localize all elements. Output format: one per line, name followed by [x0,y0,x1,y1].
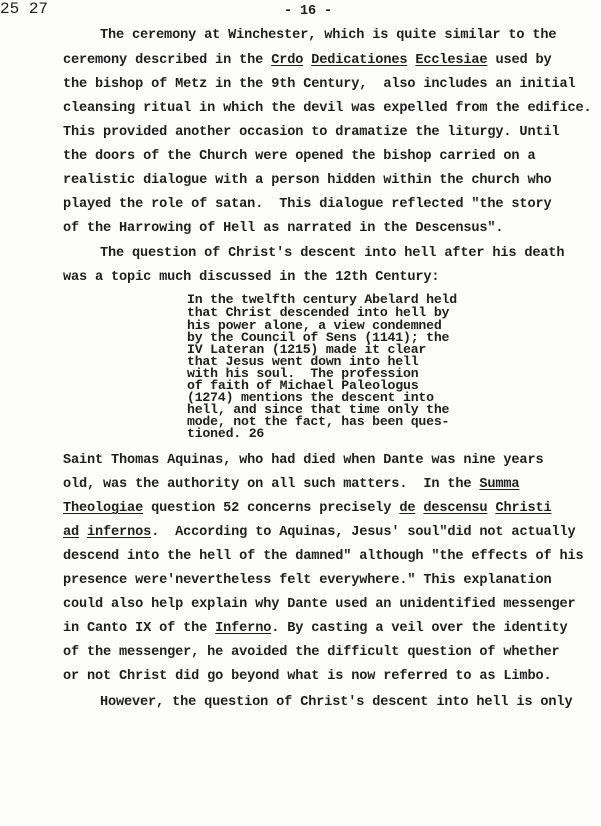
p1-line-3-pre: the bishop of Metz in the 9th Century, [63,77,383,92]
p3-line-4: ad infernos. According to Aquinas, Jesus… [63,525,576,541]
footnote-27: 27 [29,0,48,18]
p3-line-1: Saint Thomas Aquinas, who had died when … [63,453,543,469]
p4-line-1: However, the question of Christ's descen… [100,695,572,711]
p3-line-8: in Canto IX of the Inferno. By casting a… [63,621,568,637]
p1-line-5: This provided another occasion to dramat… [63,125,559,141]
p1-line-6: the doors of the Church were opened the … [63,149,535,165]
p2-line-2: was a topic much discussed in the 12th C… [63,270,439,286]
p1-line-7: realistic dialogue with a person hidden … [63,173,551,189]
p3-line-3: Theologiae question 52 concerns precisel… [63,501,552,517]
p3-line-5: descend into the hell of the damned" alt… [63,549,584,565]
p3-line-10: or not Christ did go beyond what is now … [63,669,551,685]
p1-line-4: cleansing ritual in which the devil was … [63,101,592,117]
p1-line-3: the bishop of Metz in the 9th Century, a… [63,77,576,93]
title-summa: Summa [479,477,519,492]
title-word-dedicationes: Dedicationes [311,53,407,68]
p1-line-2-post: used by [487,53,551,68]
p2-line-1: The question of Christ's descent into he… [100,246,564,262]
title-word-ecclesiae: Ecclesiae [415,53,487,68]
p1-line-8: played the role of satan. This dialogue … [63,197,551,213]
p1-line-3-post: also includes an initial [383,77,575,92]
latin-ad: ad [63,525,79,540]
latin-de: de [399,501,415,516]
title-theologiae: Theologiae [63,501,143,516]
p3-line-6: presence were'nevertheless felt everywhe… [63,573,551,589]
latin-christi: Christi [495,501,551,516]
p3-line-7: could also help explain why Dante used a… [63,597,576,613]
document-page: - 16 - The ceremony at Winchester, which… [0,0,601,826]
p3-line-4-post: . According to Aquinas, Jesus' soul"did … [151,525,575,540]
p3-line-9: of the messenger, he avoided the difficu… [63,645,559,661]
p3-line-8-pre: in Canto IX of the [63,621,215,636]
quote-line-12: tioned. 26 [187,427,264,441]
p1-line-1: The ceremony at Winchester, which is qui… [100,28,556,44]
latin-descensu: descensu [423,501,487,516]
page-number: - 16 - [284,4,332,20]
p3-line-8-post: . By casting a veil over the identity [271,621,567,636]
p1-line-9: of the Harrowing of Hell as narrated in … [63,221,503,237]
title-inferno: Inferno [215,621,271,636]
p3-line-3-mid: question 52 concerns precisely [143,501,399,516]
title-word-ordo: Crdo [271,53,303,68]
footnote-25: 25 [0,0,19,18]
p3-line-2: old, was the authority on all such matte… [63,477,519,493]
latin-infernos: infernos [87,525,151,540]
p1-line-2-pre: ceremony described in the [63,53,271,68]
p1-line-2: ceremony described in the Crdo Dedicatio… [63,53,552,69]
p3-line-2-pre: old, was the authority on all such matte… [63,477,479,492]
